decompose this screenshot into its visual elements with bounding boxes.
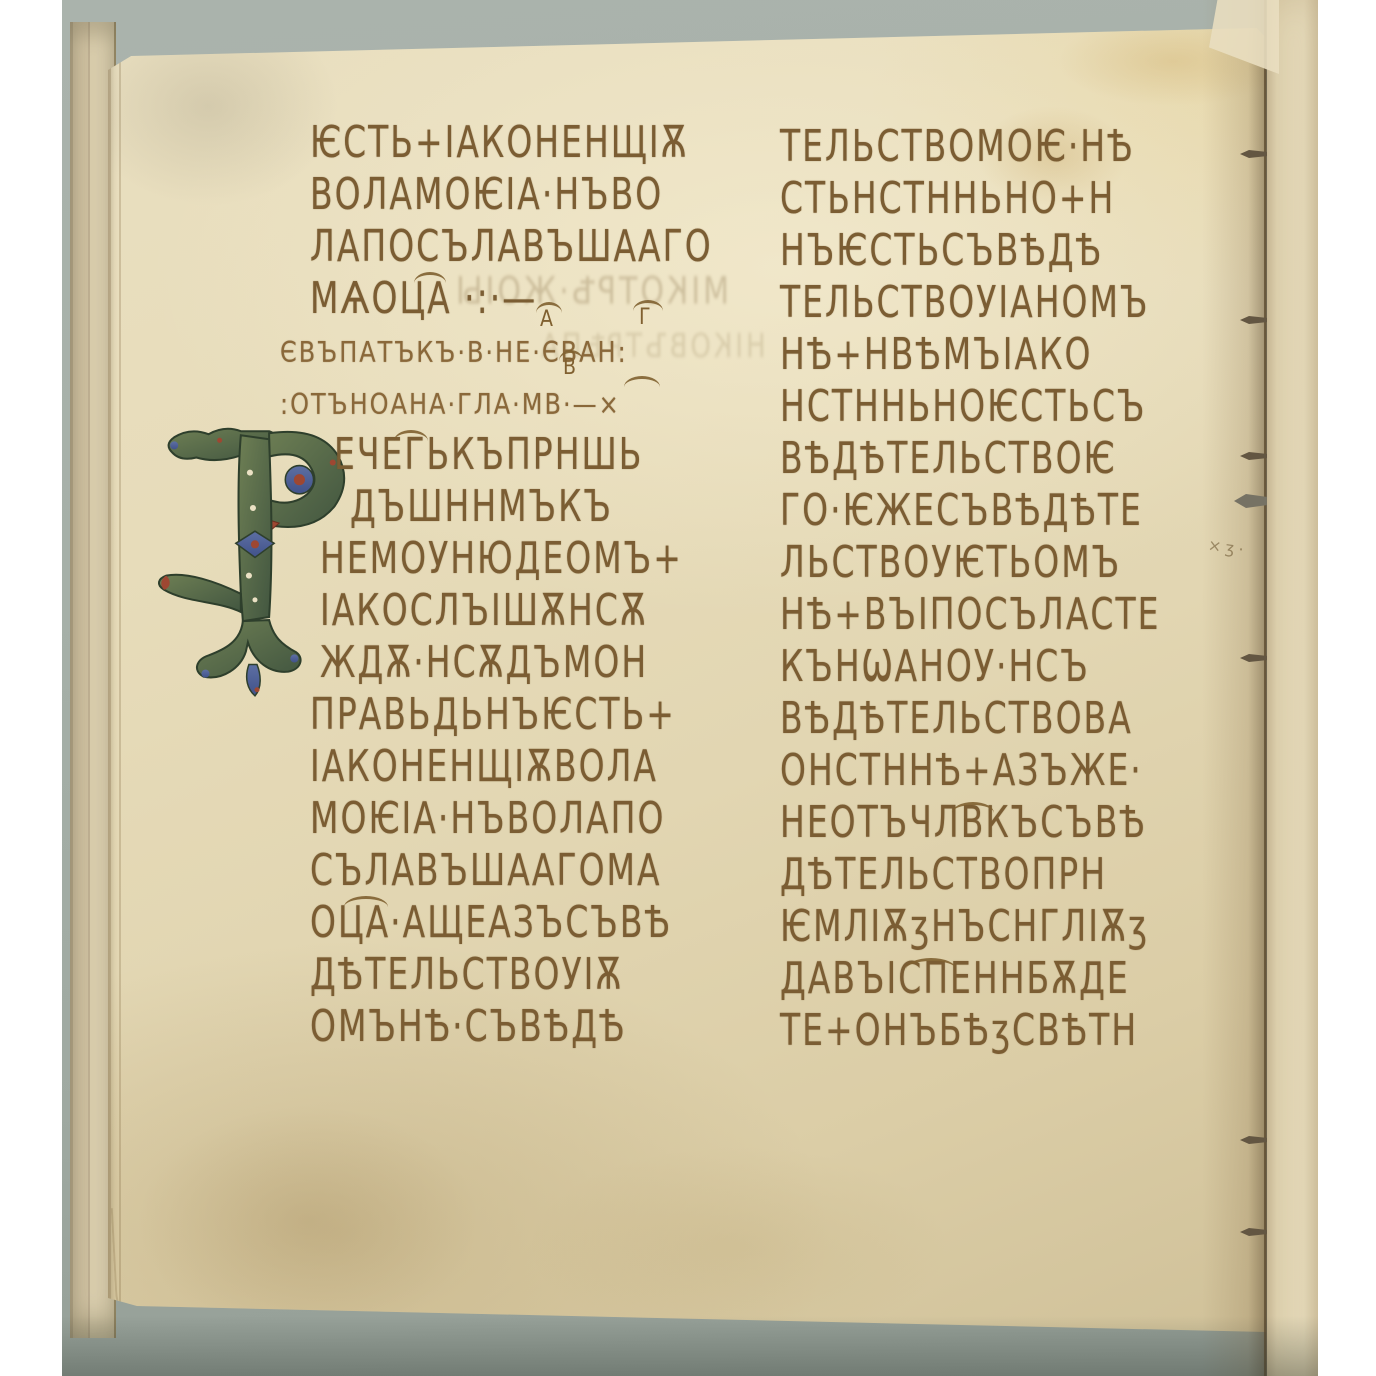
text-line: ОМЪНѢ·СЪВѢДѢ xyxy=(310,995,713,1064)
corner-crease xyxy=(111,1196,349,1338)
text-line: ТЕ+ОНЪБѢʒСВѢТН xyxy=(780,999,1160,1068)
right-text-column: ТЕЛЬСТВОМОѤ·НѢСТЬНСТННЬНО+ННЪѤСТЬСЪВѢДѢТ… xyxy=(780,124,1160,1060)
binding-gutter xyxy=(1202,0,1266,1376)
photo-background: МІКОТРѢ·ЖОІЫ НІКОВЪТРѢПА Р xyxy=(62,0,1318,1376)
left-text-column: ѤСТЬ+ІАКОНЕНЩІѪВОЛАМОѤІА·НЪВОЛАПОСЪЛАВЪШ… xyxy=(310,120,713,1056)
parchment-page: МІКОТРѢ·ЖОІЫ НІКОВЪТРѢПА Р xyxy=(108,26,1266,1368)
stain xyxy=(528,1146,948,1346)
stain xyxy=(78,6,338,206)
scanned-manuscript-photo: МІКОТРѢ·ЖОІЫ НІКОВЪТРѢПА Р xyxy=(0,0,1376,1376)
next-folio-edge xyxy=(1267,0,1318,1376)
page-turned-edge xyxy=(119,56,121,1311)
